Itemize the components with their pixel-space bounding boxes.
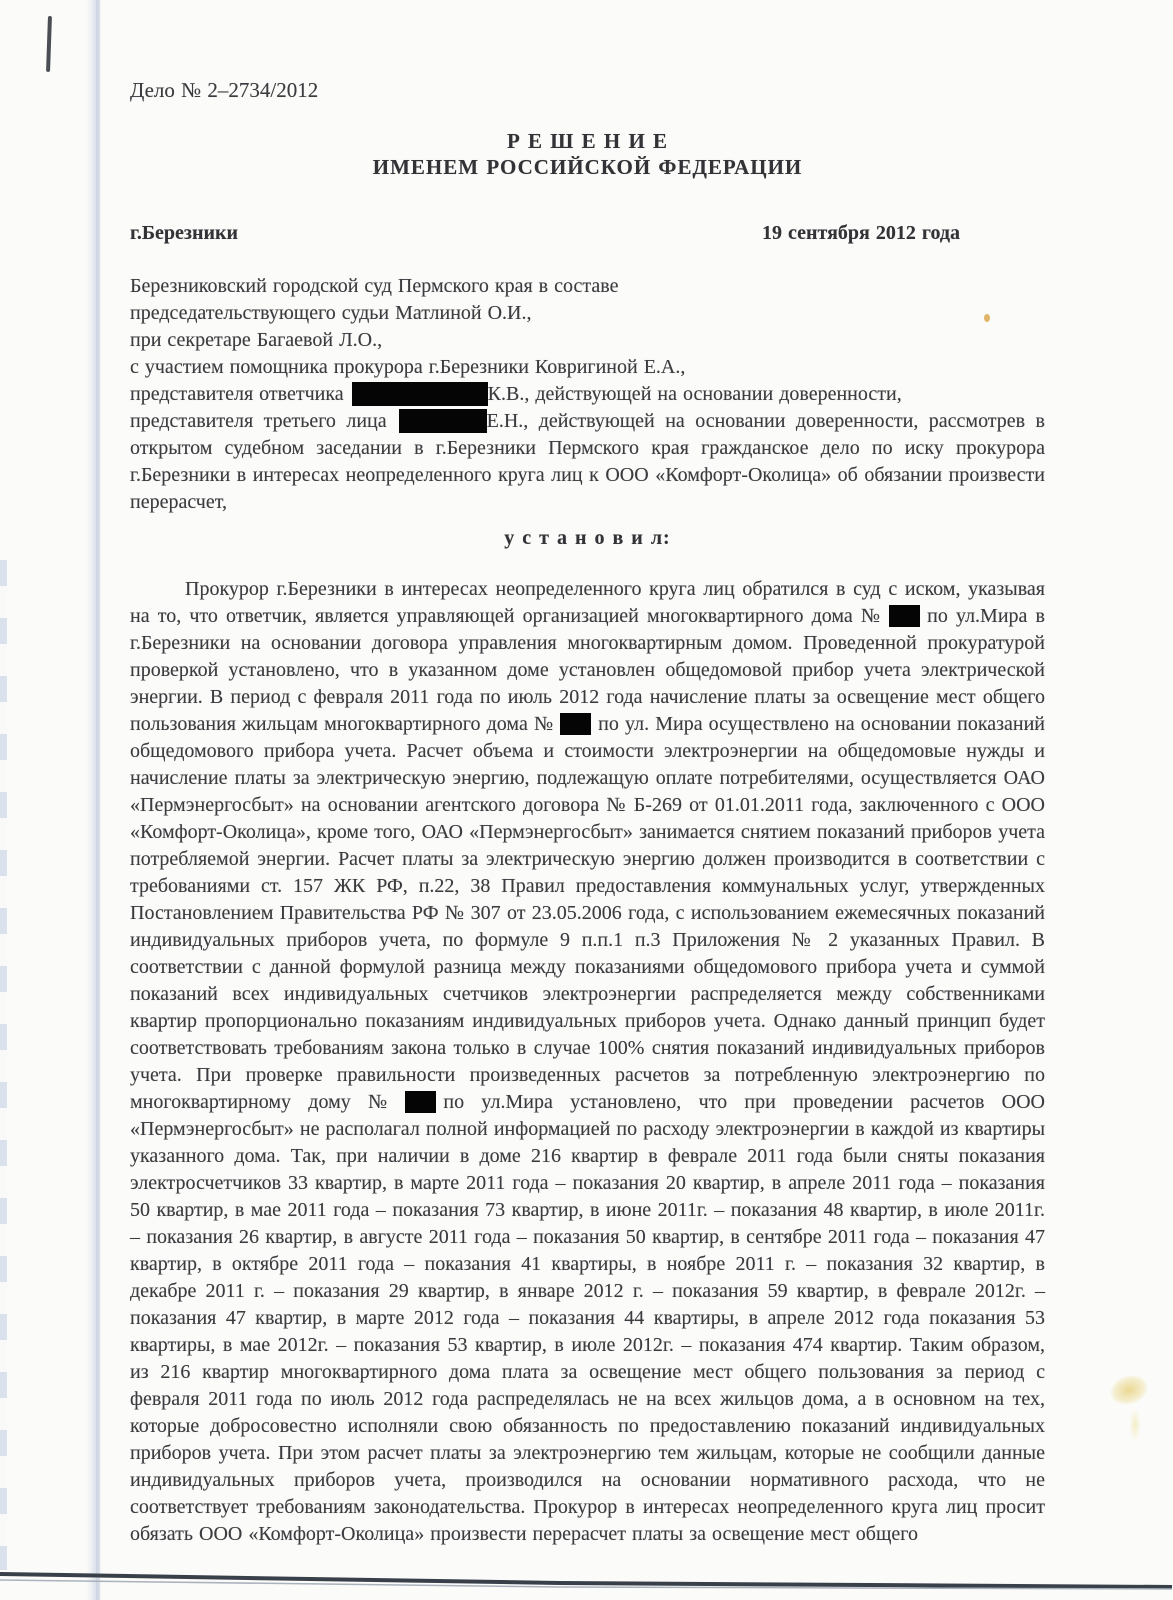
scan-fold-shadow — [86, 0, 102, 1600]
respondent-line-text: представителя ответчика — [130, 383, 344, 405]
third-party-text: представителя третьего лица — [130, 410, 387, 432]
case-number: Дело № 2–2734/2012 — [130, 78, 1045, 102]
city-date-row: г.Березники 19 сентября 2012 года — [130, 220, 1045, 247]
scan-edge-noise — [0, 560, 7, 1570]
redaction-house-number-3 — [405, 1091, 436, 1113]
redaction-respondent-name — [352, 382, 488, 406]
redaction-third-party-name — [399, 409, 487, 433]
facts-text-4: по ул.Мира установлено, что при проведен… — [130, 1091, 1045, 1545]
facts-text-3: по ул. Мира осуществлено на основании по… — [130, 713, 1045, 1113]
decision-title: Р Е Ш Е Н И Е — [130, 128, 1045, 154]
city-label: г.Березники — [130, 220, 238, 247]
scan-fold-shadow-line — [96, 0, 100, 1600]
pen-mark — [46, 16, 52, 72]
established-heading: у с т а н о в и л: — [130, 525, 1045, 552]
intro-block: Березниковский городской суд Пермского к… — [130, 273, 1045, 516]
third-party-line: представителя третьего лицаЕ.Н., действу… — [130, 408, 1045, 516]
judge-line: председательствующего судьи Матлиной О.И… — [130, 300, 1045, 327]
respondent-line: представителя ответчикаК.В., действующей… — [130, 381, 1045, 408]
facts-paragraph: Прокурор г.Березники в интересах неопред… — [130, 576, 1045, 1548]
scanned-court-decision-page: Дело № 2–2734/2012 Р Е Ш Е Н И Е ИМЕНЕМ … — [0, 0, 1173, 1600]
prosecutor-line: с участием помощника прокурора г.Березни… — [130, 354, 1045, 381]
decision-subtitle: ИМЕНЕМ РОССИЙСКОЙ ФЕДЕРАЦИИ — [130, 154, 1045, 180]
court-line: Березниковский городской суд Пермского к… — [130, 273, 1045, 300]
scan-bottom-edge — [0, 1560, 1173, 1600]
secretary-line: при секретаре Багаевой Л.О., — [130, 327, 1045, 354]
yellow-smudge — [1107, 1371, 1152, 1409]
document-title-block: Р Е Ш Е Н И Е ИМЕНЕМ РОССИЙСКОЙ ФЕДЕРАЦИ… — [130, 128, 1045, 180]
document-content: Дело № 2–2734/2012 Р Е Ш Е Н И Е ИМЕНЕМ … — [130, 78, 1045, 1548]
redaction-house-number-1 — [889, 605, 920, 627]
respondent-line-after: К.В., действующей на основании доверенно… — [488, 383, 902, 405]
yellow-smudge-tail — [1129, 1408, 1141, 1442]
redaction-house-number-2 — [560, 713, 591, 735]
date-label: 19 сентября 2012 года — [762, 220, 960, 247]
